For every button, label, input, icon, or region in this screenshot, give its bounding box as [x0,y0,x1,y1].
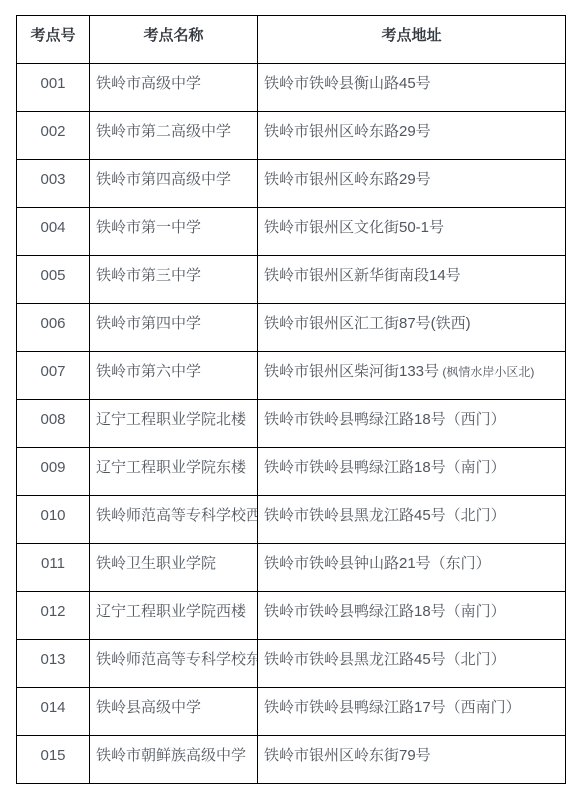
site-name-cell: 铁岭市第四中学 [90,304,258,352]
site-address-cell: 铁岭市铁岭县鸭绿江路17号（西南门） [258,688,566,736]
site-name-cell: 铁岭县高级中学 [90,688,258,736]
site-name-cell: 铁岭市第三中学 [90,256,258,304]
page: 考点号 考点名称 考点地址 001 铁岭市高级中学 铁岭市铁岭县衡山路45号 0… [0,0,580,789]
site-address-text: 铁岭市银州区新华街南段14号 [264,267,461,284]
site-address-text: 铁岭市铁岭县鸭绿江路17号（西南门） [264,699,521,716]
site-number-cell: 010 [17,496,90,544]
column-header-site-address: 考点地址 [258,16,566,64]
table-row: 004 铁岭市第一中学 铁岭市银州区文化街50-1号 [17,208,566,256]
site-name-cell: 铁岭市朝鲜族高级中学 [90,736,258,784]
table-row: 013 铁岭师范高等专科学校东楼 铁岭市铁岭县黑龙江路45号（北门） [17,640,566,688]
exam-sites-table: 考点号 考点名称 考点地址 001 铁岭市高级中学 铁岭市铁岭县衡山路45号 0… [16,15,566,784]
table-header-row: 考点号 考点名称 考点地址 [17,16,566,64]
table-row: 012 辽宁工程职业学院西楼 铁岭市铁岭县鸭绿江路18号（南门） [17,592,566,640]
site-name-cell: 铁岭师范高等专科学校东楼 [90,640,258,688]
table-row: 003 铁岭市第四高级中学 铁岭市银州区岭东路29号 [17,160,566,208]
site-address-cell: 铁岭市铁岭县黑龙江路45号（北门） [258,496,566,544]
site-address-cell: 铁岭市铁岭县鸭绿江路18号（南门） [258,448,566,496]
site-name-cell: 铁岭卫生职业学院 [90,544,258,592]
site-number-cell: 007 [17,352,90,400]
site-address-cell: 铁岭市银州区岭东路29号 [258,160,566,208]
site-address-text: 铁岭市铁岭县衡山路45号 [264,75,431,92]
table-row: 008 辽宁工程职业学院北楼 铁岭市铁岭县鸭绿江路18号（西门） [17,400,566,448]
site-number-cell: 012 [17,592,90,640]
site-name-cell: 铁岭师范高等专科学校西楼 [90,496,258,544]
table-row: 007 铁岭市第六中学 铁岭市银州区柴河街133号 (枫情水岸小区北) [17,352,566,400]
site-number-cell: 005 [17,256,90,304]
site-address-text: 铁岭市银州区岭东路29号 [264,171,431,188]
site-number-cell: 004 [17,208,90,256]
site-number-cell: 013 [17,640,90,688]
site-address-cell: 铁岭市银州区岭东路29号 [258,112,566,160]
site-address-cell: 铁岭市铁岭县鸭绿江路18号（西门） [258,400,566,448]
table-row: 009 辽宁工程职业学院东楼 铁岭市铁岭县鸭绿江路18号（南门） [17,448,566,496]
site-address-note: (枫情水岸小区北) [439,365,534,379]
site-name-cell: 辽宁工程职业学院东楼 [90,448,258,496]
site-address-text: 铁岭市铁岭县黑龙江路45号（北门） [264,651,506,668]
site-address-text: 铁岭市银州区柴河街133号 [264,363,439,380]
site-address-text: 铁岭市铁岭县鸭绿江路18号（南门） [264,459,506,476]
site-number-cell: 014 [17,688,90,736]
site-address-text: 铁岭市银州区汇工街87号(铁西) [264,315,471,332]
column-header-site-number: 考点号 [17,16,90,64]
site-number-cell: 011 [17,544,90,592]
site-number-cell: 009 [17,448,90,496]
site-address-cell: 铁岭市银州区柴河街133号 (枫情水岸小区北) [258,352,566,400]
site-name-cell: 铁岭市第四高级中学 [90,160,258,208]
site-address-text: 铁岭市铁岭县鸭绿江路18号（西门） [264,411,506,428]
site-number-cell: 015 [17,736,90,784]
column-header-site-name: 考点名称 [90,16,258,64]
site-address-text: 铁岭市银州区岭东路29号 [264,123,431,140]
site-name-cell: 铁岭市高级中学 [90,64,258,112]
site-address-cell: 铁岭市银州区岭东街79号 [258,736,566,784]
table-row: 015 铁岭市朝鲜族高级中学 铁岭市银州区岭东街79号 [17,736,566,784]
site-number-cell: 001 [17,64,90,112]
site-name-cell: 辽宁工程职业学院北楼 [90,400,258,448]
site-address-cell: 铁岭市银州区新华街南段14号 [258,256,566,304]
site-number-cell: 006 [17,304,90,352]
site-address-text: 铁岭市铁岭县黑龙江路45号（北门） [264,507,506,524]
site-name-cell: 铁岭市第一中学 [90,208,258,256]
table-row: 010 铁岭师范高等专科学校西楼 铁岭市铁岭县黑龙江路45号（北门） [17,496,566,544]
site-address-text: 铁岭市铁岭县鸭绿江路18号（南门） [264,603,506,620]
site-name-cell: 铁岭市第二高级中学 [90,112,258,160]
site-address-cell: 铁岭市铁岭县衡山路45号 [258,64,566,112]
site-address-cell: 铁岭市银州区文化街50-1号 [258,208,566,256]
site-address-text: 铁岭市银州区岭东街79号 [264,747,431,764]
site-address-cell: 铁岭市铁岭县鸭绿江路18号（南门） [258,592,566,640]
site-number-cell: 002 [17,112,90,160]
site-name-cell: 辽宁工程职业学院西楼 [90,592,258,640]
table-row: 006 铁岭市第四中学 铁岭市银州区汇工街87号(铁西) [17,304,566,352]
site-number-cell: 003 [17,160,90,208]
table-row: 005 铁岭市第三中学 铁岭市银州区新华街南段14号 [17,256,566,304]
site-address-cell: 铁岭市银州区汇工街87号(铁西) [258,304,566,352]
table-row: 001 铁岭市高级中学 铁岭市铁岭县衡山路45号 [17,64,566,112]
site-address-cell: 铁岭市铁岭县钟山路21号（东门） [258,544,566,592]
site-address-text: 铁岭市铁岭县钟山路21号（东门） [264,555,491,572]
table-row: 014 铁岭县高级中学 铁岭市铁岭县鸭绿江路17号（西南门） [17,688,566,736]
site-number-cell: 008 [17,400,90,448]
site-address-text: 铁岭市银州区文化街50-1号 [264,219,444,236]
table-row: 011 铁岭卫生职业学院 铁岭市铁岭县钟山路21号（东门） [17,544,566,592]
site-name-cell: 铁岭市第六中学 [90,352,258,400]
site-address-cell: 铁岭市铁岭县黑龙江路45号（北门） [258,640,566,688]
table-row: 002 铁岭市第二高级中学 铁岭市银州区岭东路29号 [17,112,566,160]
